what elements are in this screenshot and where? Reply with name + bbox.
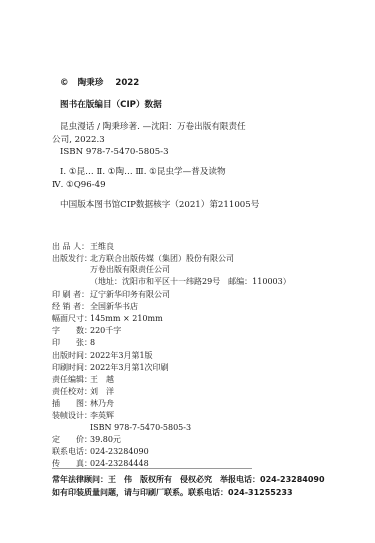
- copyright-line: © 陶秉珍 2022: [60, 78, 139, 89]
- detail-value: 39.80元: [90, 435, 121, 444]
- detail-value: （地址：沈阳市和平区十一纬路29号 邮编：110003）: [90, 277, 291, 286]
- detail-value: 林乃舟: [90, 399, 114, 408]
- detail-row: 字 数：220千字: [52, 325, 121, 336]
- detail-row: 责任校对：刘 洋: [52, 386, 114, 397]
- detail-row: 出 品 人：王维良: [52, 241, 114, 252]
- detail-row: 万卷出版有限责任公司: [52, 264, 170, 275]
- footer-quality: 如有印装质量问题，请与印刷厂联系。联系电话：024-31255233: [52, 487, 293, 498]
- detail-row: 印 刷 者：辽宁新华印务有限公司: [52, 289, 170, 300]
- detail-row: 出版发行：北方联合出版传媒（集团）股份有限公司: [52, 253, 234, 264]
- cip-subjects-line1: Ⅰ. ①昆… Ⅱ. ①陶… Ⅲ. ①昆虫学—普及读物: [60, 167, 226, 178]
- cip-record: 中国版本图书馆CIP数据核字（2021）第211005号: [60, 200, 259, 211]
- detail-label: 定 价：: [52, 434, 90, 445]
- cip-entry-line1: 昆虫漫话 / 陶秉珍著. —沈阳：万卷出版有限责任: [60, 122, 246, 133]
- detail-row: 责任编辑：王 越: [52, 374, 114, 385]
- detail-value: 刘 洋: [90, 387, 114, 396]
- detail-label: 责任编辑：: [52, 374, 90, 385]
- footer-legal: 常年法律顾问：王 伟 版权所有 侵权必究 举报电话：024-23284090: [52, 474, 325, 485]
- cip-subjects-line2: Ⅳ. ①Q96-49: [52, 180, 106, 191]
- detail-label: 联系电话：: [52, 446, 90, 457]
- detail-value: 万卷出版有限责任公司: [90, 265, 170, 274]
- copyright-symbol: ©: [60, 78, 69, 88]
- detail-label: 印刷时间：: [52, 362, 90, 373]
- detail-value: 2022年3月第1版: [90, 351, 153, 360]
- detail-value: ISBN 978-7-5470-5805-3: [90, 423, 191, 432]
- detail-label: 装帧设计：: [52, 410, 90, 421]
- copyright-page: © 陶秉珍 2022 图书在版编目（CIP）数据 昆虫漫话 / 陶秉珍著. —沈…: [0, 0, 375, 543]
- detail-value: 全国新华书店: [90, 302, 138, 311]
- detail-row: 定 价：39.80元: [52, 434, 121, 445]
- detail-row: 装帧设计：李英辉: [52, 410, 114, 421]
- detail-value: 2022年3月第1次印刷: [90, 363, 169, 372]
- divider: [52, 468, 252, 469]
- detail-value: 辽宁新华印务有限公司: [90, 290, 170, 299]
- detail-row: 联系电话：024-23284090: [52, 446, 149, 457]
- detail-label: 印 张：: [52, 337, 90, 348]
- copyright-holder: 陶秉珍: [78, 78, 104, 88]
- detail-row: 出版时间：2022年3月第1版: [52, 350, 153, 361]
- detail-label: 幅面尺寸：: [52, 313, 90, 324]
- detail-label: 字 数：: [52, 325, 90, 336]
- detail-row: 插 图：林乃舟: [52, 398, 114, 409]
- copyright-year: 2022: [115, 78, 139, 88]
- detail-row: ISBN 978-7-5470-5805-3: [52, 422, 191, 433]
- cip-isbn: ISBN 978-7-5470-5805-3: [60, 147, 169, 158]
- detail-value: 8: [90, 338, 95, 347]
- detail-row: 经 销 者：全国新华书店: [52, 301, 138, 312]
- detail-label: 经 销 者：: [52, 301, 90, 312]
- detail-value: 北方联合出版传媒（集团）股份有限公司: [90, 254, 234, 263]
- detail-row: （地址：沈阳市和平区十一纬路29号 邮编：110003）: [52, 276, 291, 287]
- detail-row: 印刷时间：2022年3月第1次印刷: [52, 362, 169, 373]
- detail-label: 出版发行：: [52, 253, 90, 264]
- cip-heading: 图书在版编目（CIP）数据: [60, 100, 162, 111]
- detail-value: 220千字: [90, 326, 121, 335]
- detail-row: 幅面尺寸：145mm × 210mm: [52, 313, 163, 324]
- cip-entry-line2: 公司, 2022.3: [52, 135, 105, 146]
- detail-label: 印 刷 者：: [52, 289, 90, 300]
- detail-value: 024-23284090: [90, 447, 149, 456]
- detail-row: 印 张：8: [52, 337, 95, 348]
- detail-value: 王维良: [90, 242, 114, 251]
- detail-value: 024-23284448: [90, 459, 149, 468]
- detail-label: 插 图：: [52, 398, 90, 409]
- detail-value: 李英辉: [90, 411, 114, 420]
- detail-label: 出 品 人：: [52, 241, 90, 252]
- detail-label: 责任校对：: [52, 386, 90, 397]
- detail-value: 王 越: [90, 375, 114, 384]
- detail-value: 145mm × 210mm: [90, 314, 163, 323]
- detail-label: 出版时间：: [52, 350, 90, 361]
